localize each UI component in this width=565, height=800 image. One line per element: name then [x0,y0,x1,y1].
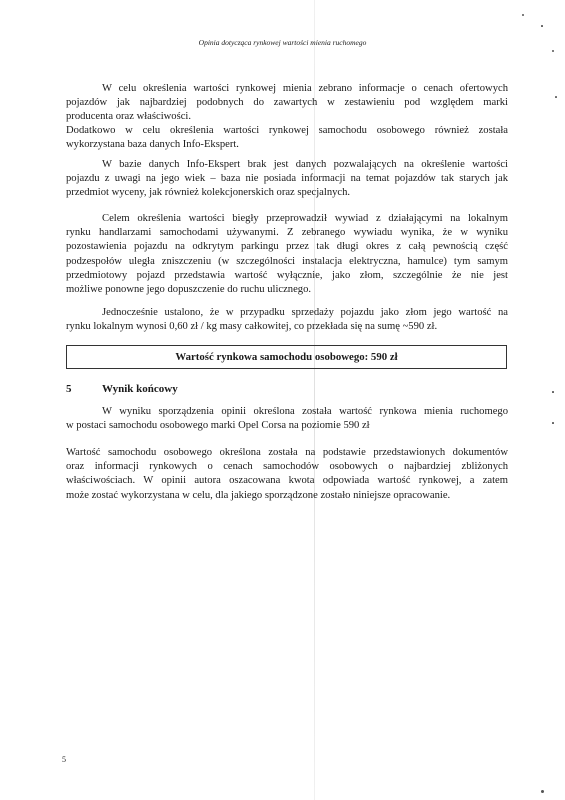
scan-speck [555,96,557,98]
page-header: Opinia dotycząca rynkowej wartości mieni… [0,38,565,47]
text-line: może zostać wykorzystana w celu, dla jak… [66,489,508,503]
scan-speck [552,422,554,424]
scan-speck [541,790,544,793]
text-line: W celu określenia wartości rynkowej mien… [66,82,508,96]
text-line: w postaci samochodu osobowego marki Opel… [66,419,508,433]
page-number: 5 [62,755,66,764]
text-line: Jednocześnie ustalono, że w przypadku sp… [66,306,508,320]
scan-speck [522,14,524,16]
text-line: W bazie danych Info-Ekspert brak jest da… [66,158,508,172]
section-title: Wynik końcowy [102,383,178,395]
paragraph-info-ekspert: Dodatkowo w celu określenia wartości ryn… [66,124,508,152]
text-line: możliwe ponowne jego dopuszczenie do ruc… [66,283,508,297]
scan-speck [541,25,543,27]
text-line: podzespołów uległa zniszczeniu (w szczeg… [66,255,508,269]
text-line: przedmiot wyceny, jak również kolekcjone… [66,186,508,200]
text-line: wykorzystana baza danych Info-Ekspert. [66,138,508,152]
text-line: W wyniku sporządzenia opinii określona z… [66,405,508,419]
paragraph-result: W wyniku sporządzenia opinii określona z… [66,405,508,433]
paragraph-conclusion: Wartość samochodu osobowego określona zo… [66,446,508,503]
section-heading: 5Wynik końcowy [66,383,178,395]
text-line: Dodatkowo w celu określenia wartości ryn… [66,124,508,138]
paragraph-interview: Celem określenia wartości biegły przepro… [66,212,508,297]
paragraph-scrap-value: Jednocześnie ustalono, że w przypadku sp… [66,306,508,334]
section-number: 5 [66,383,102,395]
paragraph-market-info: W celu określenia wartości rynkowej mien… [66,82,508,125]
text-line: rynku lokalnym wynosi 0,60 zł / kg masy … [66,320,508,334]
market-value-text: Wartość rynkowa samochodu osobowego: 590… [175,351,397,363]
text-line: producenta oraz właściwości. [66,110,508,124]
text-line: przedmiotowy pojazd przedstawia wartość … [66,269,508,283]
text-line: Celem określenia wartości biegły przepro… [66,212,508,226]
text-line: pojazdu z uwagi na jego wiek – baza nie … [66,172,508,186]
text-line: oraz informacji rynkowych o cenach samoc… [66,460,508,474]
text-line: Wartość samochodu osobowego określona zo… [66,446,508,460]
text-line: rynku handlarzami samochodami używanymi.… [66,226,508,240]
text-line: pozostawienia pojazdu na odkrytym parkin… [66,240,508,254]
market-value-box: Wartość rynkowa samochodu osobowego: 590… [66,345,507,369]
scan-speck [552,391,554,393]
text-line: pojazdów jak najbardziej podobnych do za… [66,96,508,110]
paragraph-database-note: W bazie danych Info-Ekspert brak jest da… [66,158,508,201]
scan-speck [552,50,554,52]
text-line: właściwościach. W opinii autora oszacowa… [66,474,508,488]
